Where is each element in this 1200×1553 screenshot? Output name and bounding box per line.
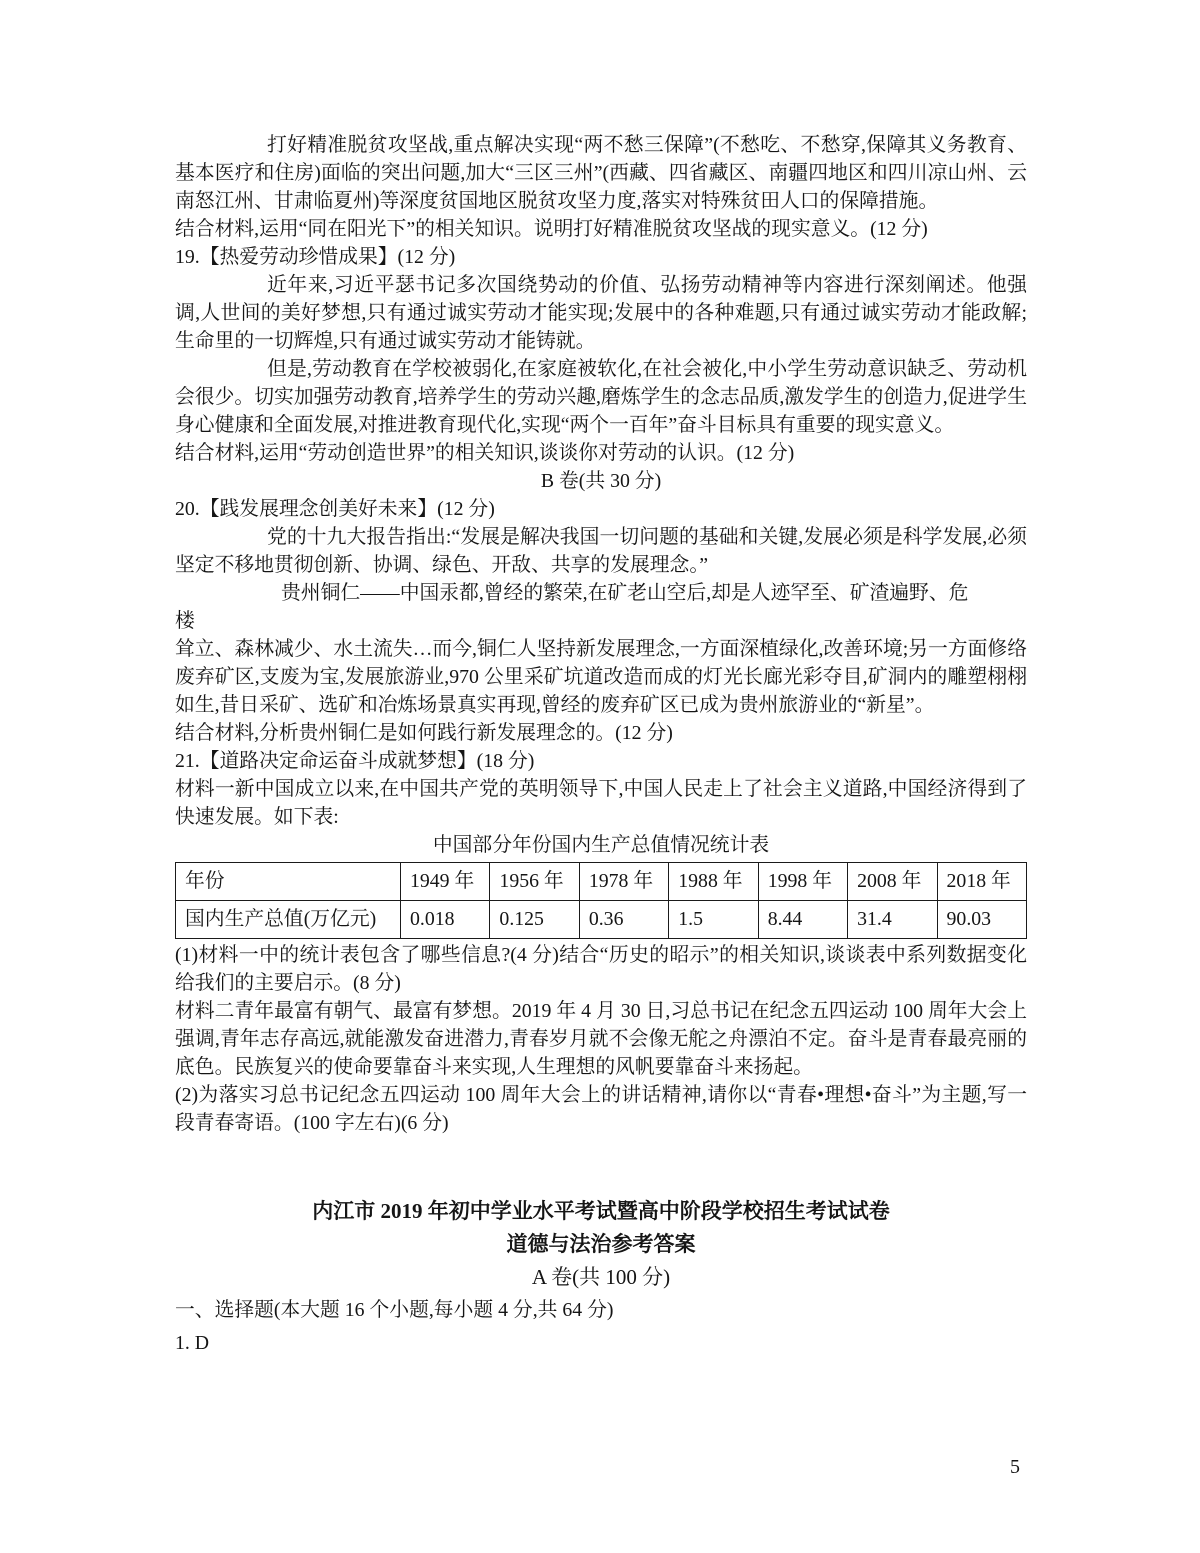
q21-subquestion-1: (1)材料一中的统计表包含了哪些信息?(4 分)结合“历史的昭示”的相关知识,谈… — [175, 941, 1027, 997]
exam-document-page: 打好精准脱贫攻坚战,重点解决实现“两不愁三保障”(不愁吃、不愁穿,保障其义务教育… — [0, 0, 1200, 1553]
table-cell-gdp-2018: 90.03 — [937, 901, 1026, 939]
q20-material-paragraph-2-break: 楼 — [175, 607, 1027, 635]
gdp-table: 年份 1949 年 1956 年 1978 年 1988 年 1998 年 20… — [175, 862, 1027, 939]
q21-subquestion-2: (2)为落实习总书记纪念五四运动 100 周年大会上的讲话精神,请你以“青春•理… — [175, 1081, 1027, 1137]
q18-question: 结合材料,运用“同在阳光下”的相关知识。说明打好精准脱贫攻坚战的现实意义。(12… — [175, 215, 1027, 243]
table-header-cell-1998: 1998 年 — [758, 863, 847, 901]
table-cell-gdp-1956: 0.125 — [490, 901, 579, 939]
q19-heading: 19.【热爱劳动珍惜成果】(12 分) — [175, 243, 1027, 271]
q21-material-1: 材料一新中国成立以来,在中国共产党的英明领导下,中国人民走上了社会主义道路,中国… — [175, 775, 1027, 831]
table-header-cell-2018: 2018 年 — [937, 863, 1026, 901]
page-content: 打好精准脱贫攻坚战,重点解决实现“两不愁三保障”(不愁吃、不愁穿,保障其义务教育… — [175, 131, 1027, 1360]
table-cell-gdp-1949: 0.018 — [401, 901, 490, 939]
q19-question: 结合材料,运用“劳动创造世界”的相关知识,谈谈你对劳动的认识。(12 分) — [175, 439, 1027, 467]
q21-material-2: 材料二青年最富有朝气、最富有梦想。2019 年 4 月 30 日,习总书记在纪念… — [175, 997, 1027, 1081]
table-header-cell-1949: 1949 年 — [401, 863, 490, 901]
q20-material-paragraph-2-start: 贵州铜仁——中国汞都,曾经的繁荣,在矿老山空后,却是人迹罕至、矿渣遍野、危 — [175, 579, 1027, 607]
table-header-cell-year: 年份 — [176, 863, 401, 901]
table-header-cell-1988: 1988 年 — [669, 863, 758, 901]
answer-section-title: 内江市 2019 年初中学业水平考试暨高中阶段学校招生考试试卷 — [175, 1195, 1027, 1228]
volume-b-heading: B 卷(共 30 分) — [175, 467, 1027, 495]
q20-question: 结合材料,分析贵州铜仁是如何践行新发展理念的。(12 分) — [175, 719, 1027, 747]
table-cell-gdp-1988: 1.5 — [669, 901, 758, 939]
q20-material-paragraph-1: 党的十九大报告指出:“发展是解决我国一切问题的基础和关键,发展必须是科学发展,必… — [175, 523, 1027, 579]
table-header-cell-2008: 2008 年 — [848, 863, 937, 901]
table-cell-gdp-1978: 0.36 — [579, 901, 668, 939]
q19-material-paragraph-2: 但是,劳动教育在学校被弱化,在家庭被软化,在社会被化,中小学生劳动意识缺乏、劳动… — [175, 355, 1027, 439]
answer-volume-a-heading: A 卷(共 100 分) — [175, 1261, 1027, 1294]
table-header-cell-1956: 1956 年 — [490, 863, 579, 901]
answer-section: 内江市 2019 年初中学业水平考试暨高中阶段学校招生考试试卷 道德与法治参考答… — [175, 1195, 1027, 1360]
gdp-table-caption: 中国部分年份国内生产总值情况统计表 — [175, 831, 1027, 859]
table-cell-gdp-2008: 31.4 — [848, 901, 937, 939]
table-cell-gdp-label: 国内生产总值(万亿元) — [176, 901, 401, 939]
page-number: 5 — [1010, 1455, 1020, 1479]
gdp-table-header-row: 年份 1949 年 1956 年 1978 年 1988 年 1998 年 20… — [176, 863, 1027, 901]
gdp-table-data-row: 国内生产总值(万亿元) 0.018 0.125 0.36 1.5 8.44 31… — [176, 901, 1027, 939]
q21-heading: 21.【道路决定命运奋斗成就梦想】(18 分) — [175, 747, 1027, 775]
answer-item-1: 1. D — [175, 1327, 1027, 1360]
q19-material-paragraph-1: 近年来,习近平瑟书记多次国绕势动的价值、弘扬劳动精神等内容进行深刻阐述。他强调,… — [175, 271, 1027, 355]
table-cell-gdp-1998: 8.44 — [758, 901, 847, 939]
table-header-cell-1978: 1978 年 — [579, 863, 668, 901]
q18-material-paragraph: 打好精准脱贫攻坚战,重点解决实现“两不愁三保障”(不愁吃、不愁穿,保障其义务教育… — [175, 131, 1027, 215]
answer-section-subtitle: 道德与法治参考答案 — [175, 1228, 1027, 1261]
q20-material-paragraph-2-rest: 耸立、森林减少、水土流失…而今,铜仁人坚持新发展理念,一方面深植绿化,改善环境;… — [175, 635, 1027, 719]
answer-section-1-heading: 一、选择题(本大题 16 个小题,每小题 4 分,共 64 分) — [175, 1294, 1027, 1327]
q20-heading: 20.【践发展理念创美好未来】(12 分) — [175, 495, 1027, 523]
